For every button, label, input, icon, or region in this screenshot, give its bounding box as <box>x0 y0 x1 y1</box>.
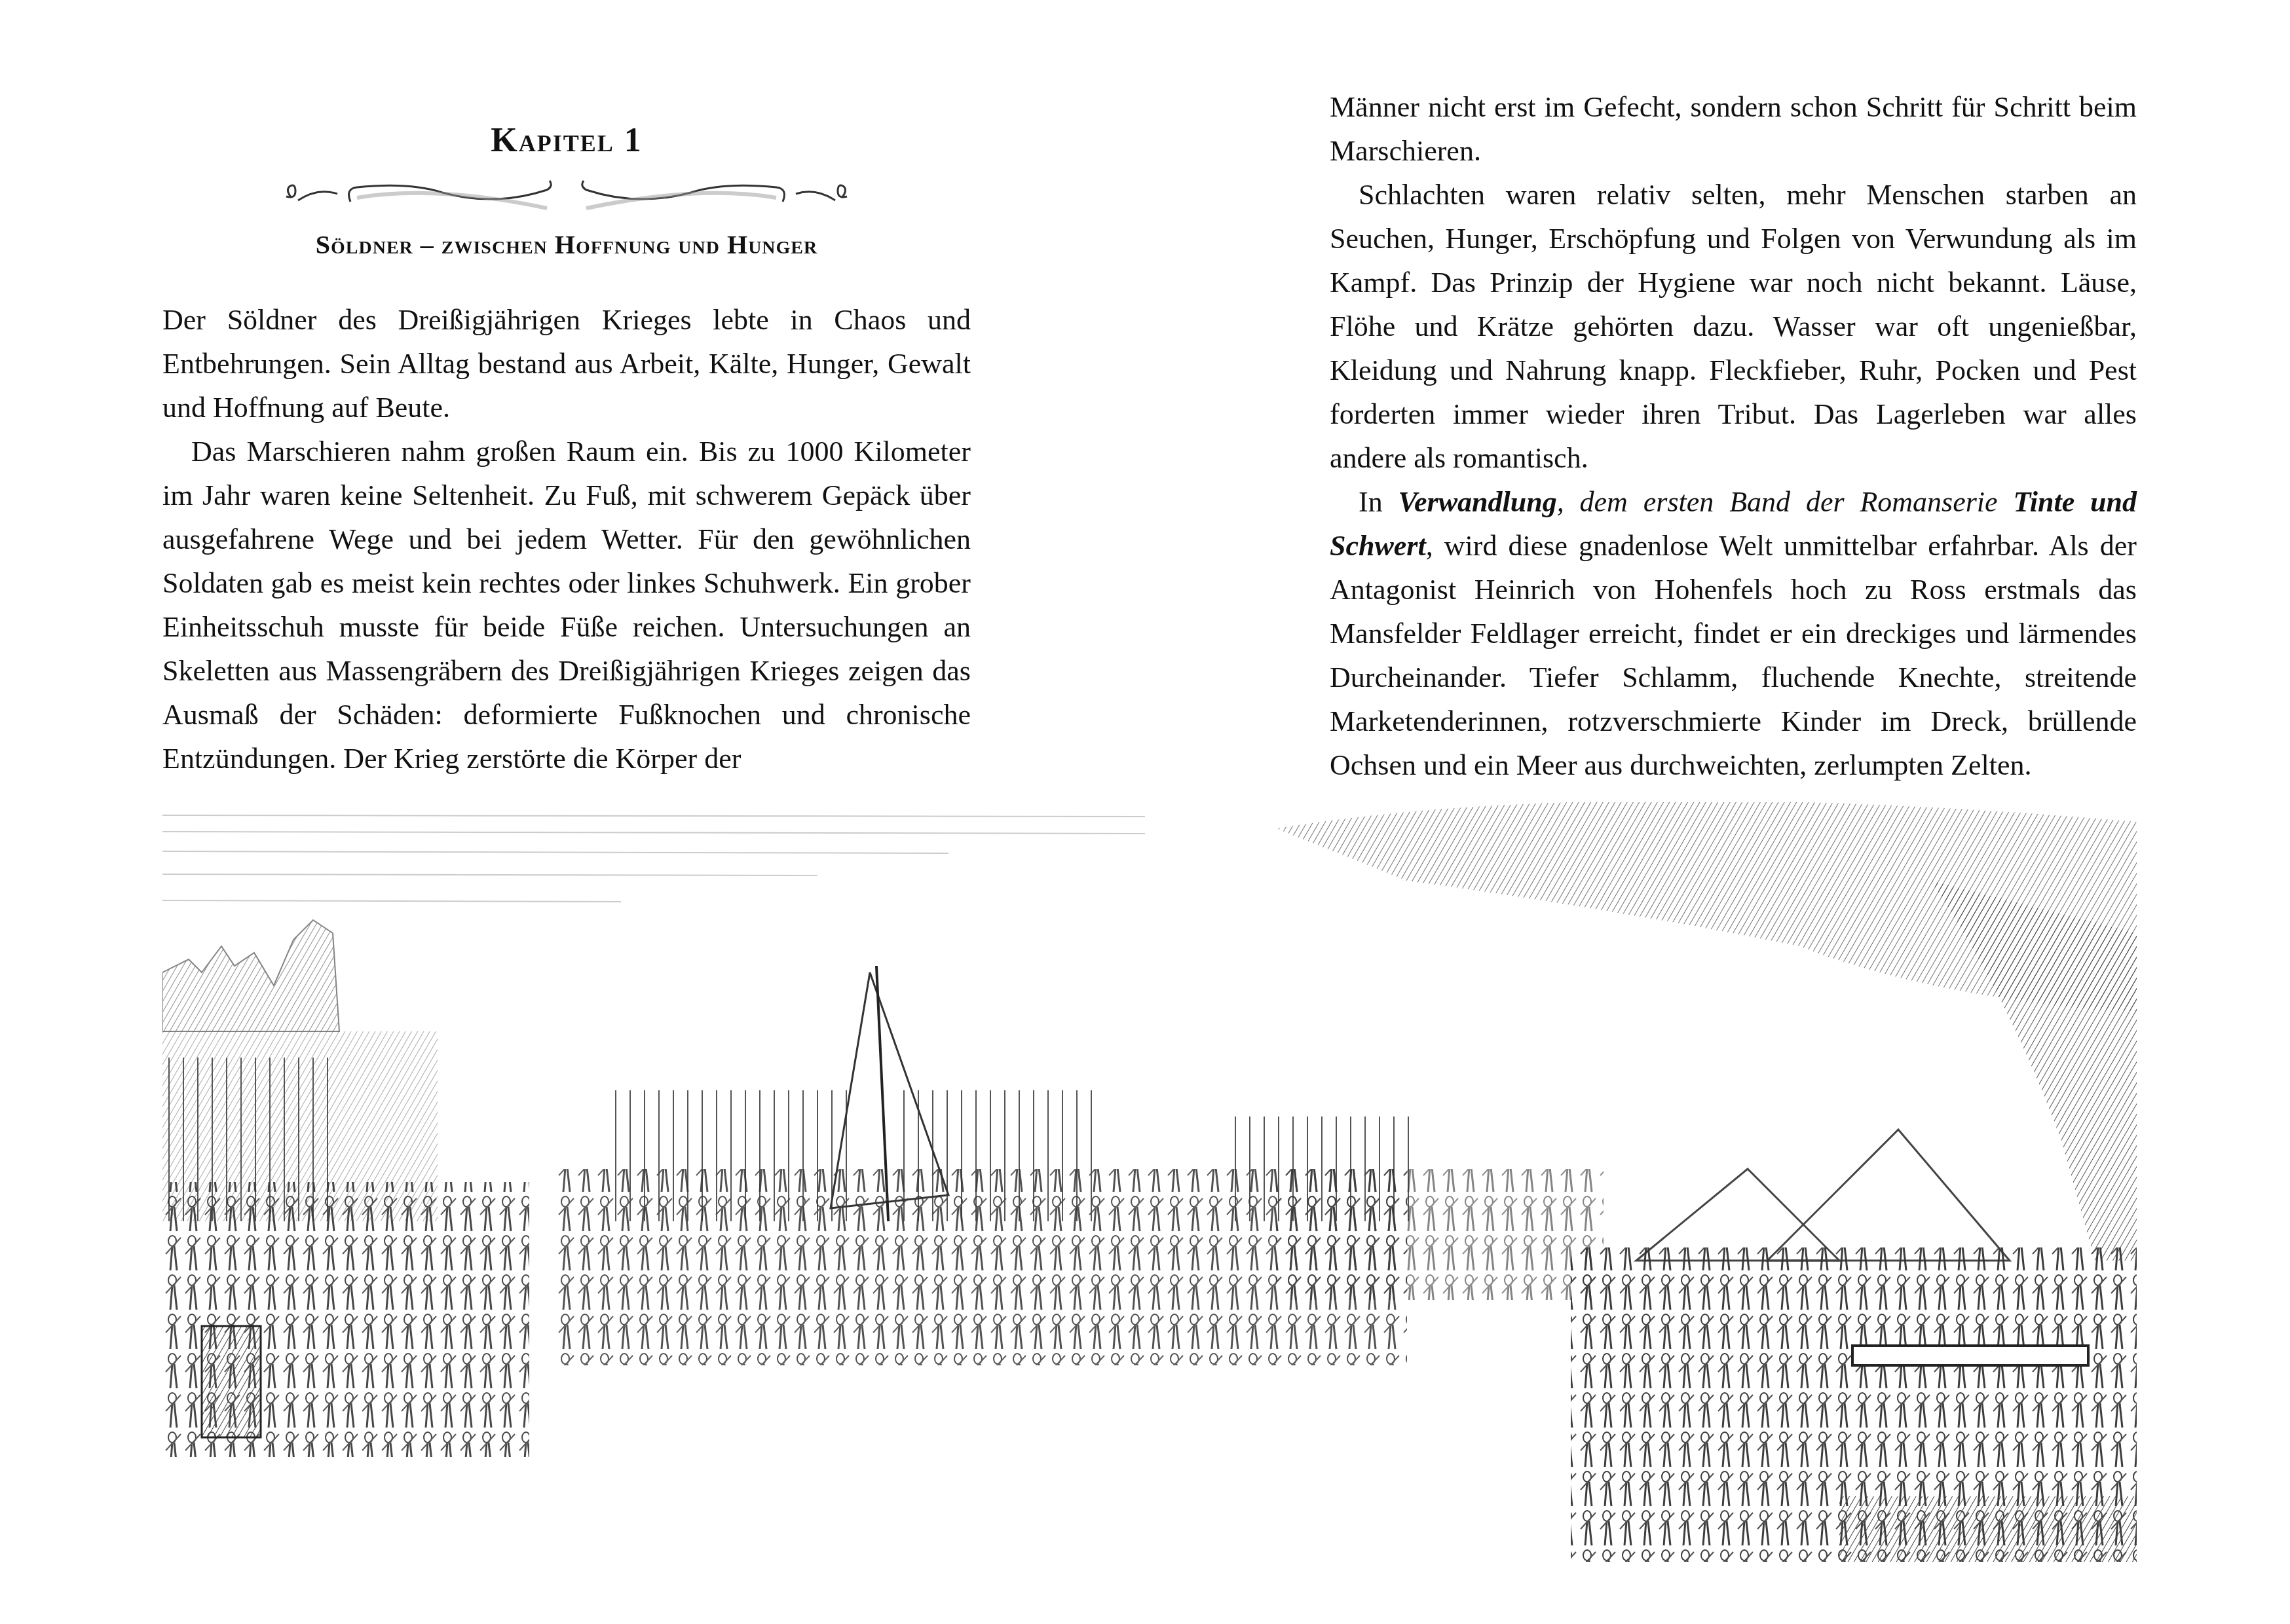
ornament-divider-icon <box>272 178 861 217</box>
paragraph: In Verwandlung, dem ersten Band der Roma… <box>1330 480 2137 787</box>
paragraph-lead: In <box>1359 486 1398 518</box>
paragraph-rest: , wird diese gnadenlose Welt unmittelbar… <box>1330 530 2137 781</box>
right-column: Männer nicht erst im Gefecht, sondern sc… <box>1330 85 2137 787</box>
chapter-subtitle: Söldner – zwischen Hoffnung und Hunger <box>162 229 971 260</box>
engraving-illustration: Engraving of a 17th-century army camp: m… <box>162 802 2137 1562</box>
paragraph: Das Marschieren nahm großen Raum ein. Bi… <box>162 430 971 781</box>
book-title: Verwandlung <box>1398 486 1557 518</box>
italic-text: , dem ersten Band der Romanserie <box>1557 486 2014 518</box>
left-column: Der Söldner des Dreißigjährigen Krieges … <box>162 298 971 781</box>
chapter-heading: Kapitel 1 Söldner – zwischen Hoffnung un… <box>162 121 971 260</box>
paragraph: Der Söldner des Dreißigjährigen Krieges … <box>162 298 971 430</box>
army-camp-engraving-icon <box>162 802 2137 1562</box>
paragraph: Männer nicht erst im Gefecht, sondern sc… <box>1330 85 2137 173</box>
paragraph: Schlachten waren relativ selten, mehr Me… <box>1330 173 2137 480</box>
chapter-title: Kapitel 1 <box>162 121 971 160</box>
